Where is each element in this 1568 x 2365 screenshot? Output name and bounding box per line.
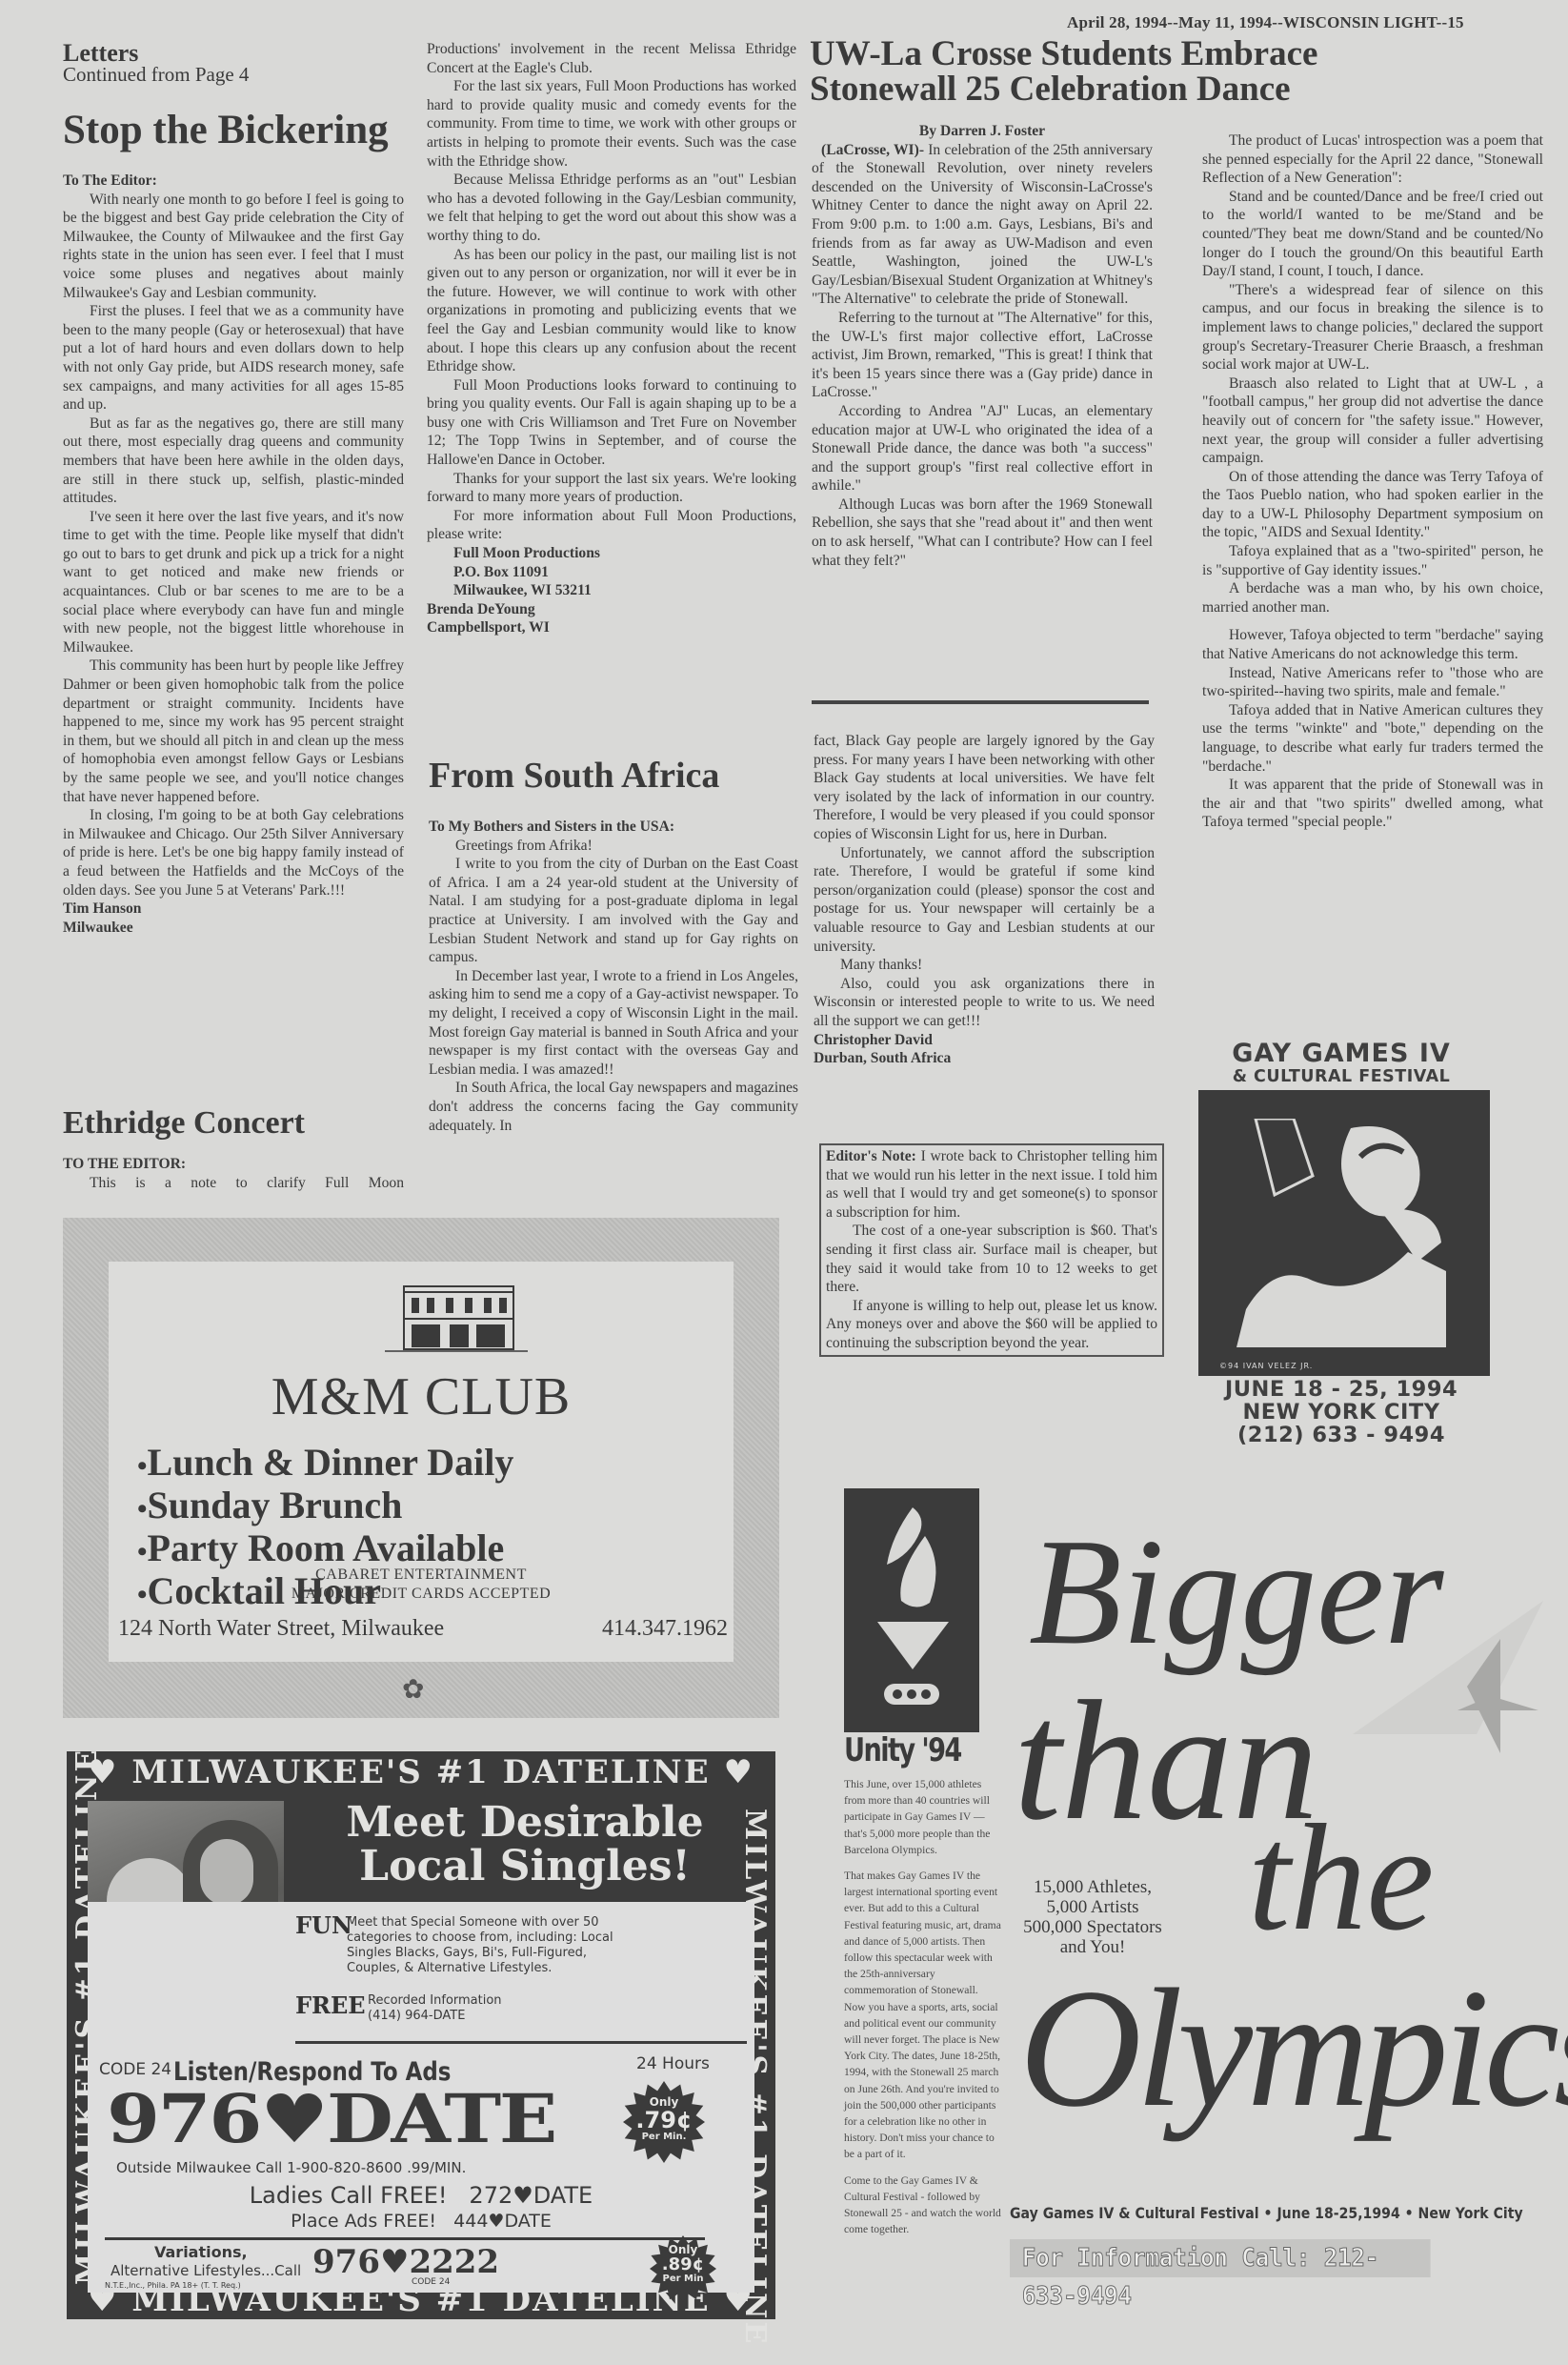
paragraph: Full Moon Productions looks forward to c… [427,376,796,470]
paragraph: It was apparent that the pride of Stonew… [1202,776,1543,832]
paragraph: If anyone is willing to help out, please… [826,1297,1157,1353]
paragraph: With nearly one month to go before I fee… [63,191,404,303]
feature-item: Party Room Available [137,1528,513,1571]
price-starburst-2: Only .89¢ Per Min [650,2235,716,2302]
tennis-player-icon [1236,1119,1446,1347]
paragraph: That makes Gay Games IV the largest inte… [844,1868,1001,2163]
ad-info-panel: FUN Meet that Special Someone with over … [88,1902,754,2293]
bigger-than-olympics-ad: Bigger than the Olympics. 15,000 Athlete… [1010,1486,1568,2363]
paragraph: For more information about Full Moon Pro… [427,507,796,544]
paragraph: First the pluses. I feel that we as a co… [63,302,404,414]
torch-logo [844,1488,979,1732]
paragraph: Also, could you ask organizations there … [814,975,1155,1031]
paragraph: The product of Lucas' introspection was … [1202,131,1543,188]
phone-976-date: 976♥DATE [107,2079,555,2158]
leaf-icon: ✿ [402,1673,424,1706]
phone-976-2222: 976♥2222 [312,2243,499,2281]
headline-stop-the-bickering: Stop the Bickering [63,107,389,153]
code-label-2: CODE 24 [412,2277,450,2287]
paragraph: In closing, I'm going to be at both Gay … [63,806,404,900]
paragraph: Braasch also related to Light that at UW… [1202,374,1543,468]
paragraph: On of those attending the dance was Terr… [1202,468,1543,542]
signature-city: Campbellsport, WI [427,618,796,637]
info-phone-banner: For Information Call: 212-633-9494 [1010,2239,1431,2277]
outside-milwaukee: Outside Milwaukee Call 1-900-820-8600 .9… [116,2159,466,2176]
section-label: Letters Continued from Page 4 [63,42,249,84]
section-subtitle: Continued from Page 4 [63,65,249,84]
credit-cards-line: MAJOR CREDIT CARDS ACCEPTED [109,1586,734,1603]
ladies-call: Ladies Call FREE! 272♥DATE [88,2182,754,2209]
paragraph: fact, Black Gay people are largely ignor… [814,732,1155,844]
code-label: CODE 24 [99,2060,171,2079]
paragraph: However, Tafoya objected to term "berdac… [1202,626,1543,663]
headline-line: Meet Desirable [293,1801,756,1845]
headline-ethridge-concert: Ethridge Concert [63,1105,305,1142]
divider-rule [105,2237,705,2240]
paragraph: Tafoya added that in Native American cul… [1202,701,1543,776]
page-header: April 28, 1994--May 11, 1994--WISCONSIN … [1067,13,1464,32]
alt-lifestyles: Alternative Lifestyles...Call [111,2262,301,2279]
divider-rule [295,2041,747,2044]
article-body-col1: By Darren J. Foster (LaCrosse, WI)- In c… [812,122,1153,570]
paragraph: Come to the Gay Games IV & Cultural Fest… [844,2173,1001,2238]
byline: By Darren J. Foster [812,122,1153,141]
letter-south-africa-continued: fact, Black Gay people are largely ignor… [814,732,1155,1068]
club-phone: 414.347.1962 [602,1616,728,1642]
place-ads: Place Ads FREE! 444♥DATE [88,2211,754,2232]
torch-flame-icon [844,1488,979,1732]
address-line: P.O. Box 11091 [427,563,796,582]
ad-subtitle: & CULTURAL FESTIVAL [1198,1067,1484,1086]
paragraph: But as far as the negatives go, there ar… [63,414,404,508]
paragraph: "There's a widespread fear of silence on… [1202,281,1543,374]
letter-ethridge-opening: TO THE EDITOR: This is a note to clarify… [63,1155,404,1192]
paragraph: Thanks for your support the last six yea… [427,470,796,507]
top-banner: ♥ MILWAUKEE'S #1 DATELINE ♥ [67,1753,775,1791]
headline-from-south-africa: From South Africa [429,755,719,797]
paragraph: As has been our policy in the past, our … [427,246,796,376]
letter-salutation: To My Bothers and Sisters in the USA: [429,818,798,837]
signature-name: Christopher David [814,1031,1155,1050]
free-text: Recorded Information (414) 964-DATE [368,1993,502,2024]
word-olympics: Olympics. [1019,1963,1568,2133]
paragraph: The cost of a one-year subscription is $… [826,1222,1157,1296]
headline-uw-la-crosse: UW-La Crosse Students Embrace Stonewall … [810,36,1553,107]
ad-city: NEW YORK CITY [1198,1401,1484,1424]
paragraph: Referring to the turnout at "The Alterna… [812,309,1153,402]
paragraph: This is a note to clarify Full Moon [63,1174,404,1193]
paragraph: In December last year, I wrote to a frie… [429,967,798,1080]
poem: Stand and be counted/Dance and be free/I… [1202,188,1543,281]
ad-phone: (212) 633 - 9494 [1198,1424,1484,1446]
gay-games-poster-ad: GAY GAMES IV & CULTURAL FESTIVAL ©94 IVA… [1198,1041,1484,1446]
signature-name: Tim Hanson [63,900,404,919]
paragraph: According to Andrea "AJ" Lucas, an eleme… [812,402,1153,495]
athlete-illustration: ©94 IVAN VELEZ JR. [1198,1090,1490,1376]
word-the: the [1248,1801,1434,1953]
paragraph: This community has been hurt by people l… [63,657,404,806]
fun-text: Meet that Special Someone with over 50 c… [347,1915,633,1976]
paragraph: Greetings from Afrika! [429,837,798,856]
letter-south-africa-body: To My Bothers and Sisters in the USA: Gr… [429,818,798,1135]
section-title: Letters [63,42,249,65]
editors-note-label: Editor's Note: [826,1148,916,1164]
banner-text: MILWAUKEE'S #1 DATELINE [131,1753,710,1791]
letter-ethridge-continued: Productions' involvement in the recent M… [427,40,796,637]
signature-city: Durban, South Africa [814,1049,1155,1068]
fine-print: N.T.E.,Inc., Phila. PA 18+ (T. T. Req.) [105,2281,241,2290]
ad-dates: JUNE 18 - 25, 1994 [1198,1378,1484,1401]
fun-label: FUN [295,1911,352,1939]
headline-line: Local Singles! [293,1845,756,1889]
olympics-footer: Gay Games IV & Cultural Festival • June … [1010,2204,1501,2222]
stats-block: 15,000 Athletes, 5,000 Artists 500,000 S… [1021,1877,1164,1957]
dateline: (LaCrosse, WI)- [821,142,924,158]
unity-body: This June, over 15,000 athletes from mor… [844,1776,1001,2237]
paragraph: Productions' involvement in the recent M… [427,40,796,77]
paragraph: Many thanks! [814,956,1155,975]
paragraph: Tafoya explained that as a "two-spirited… [1202,542,1543,579]
headline-line: Stonewall 25 Celebration Dance [810,71,1553,107]
address-row: 124 North Water Street, Milwaukee 414.34… [118,1616,728,1642]
unity-94-title: Unity '94 [844,1732,986,1769]
ad-inner-panel: M&M CLUB Lunch & Dinner Daily Sunday Bru… [109,1262,734,1662]
headline-line: UW-La Crosse Students Embrace [810,36,1553,71]
singles-headline: Meet Desirable Local Singles! [293,1801,756,1889]
hours-label: 24 Hours [636,2054,710,2073]
club-address: 124 North Water Street, Milwaukee [118,1616,444,1642]
address-line: Full Moon Productions [427,544,796,563]
dateline-ad: ♥ MILWAUKEE'S #1 DATELINE ♥ ♥ MILWAUKEE'… [67,1751,775,2319]
letter-salutation: To The Editor: [63,172,404,191]
paragraph: I write to you from the city of Durban o… [429,855,798,967]
signature-name: Brenda DeYoung [427,600,796,619]
price-starburst: Only .79¢ Per Min. [623,2081,705,2163]
letter-salutation: TO THE EDITOR: [63,1155,404,1174]
club-name: M&M CLUB [109,1366,734,1427]
unity-94-ad: Unity '94 This June, over 15,000 athlete… [844,1488,1021,2247]
word-bigger: Bigger [1029,1515,1443,1668]
divider-rule [812,700,1149,704]
paragraph: Although Lucas was born after the 1969 S… [812,495,1153,570]
paragraph: For the last six years, Full Moon Produc… [427,77,796,171]
building-icon [385,1279,528,1355]
free-label: FREE [295,1991,366,2019]
editors-note-box: Editor's Note: I wrote back to Christoph… [819,1143,1164,1357]
cabaret-line: CABARET ENTERTAINMENT [109,1567,734,1584]
paragraph: Unfortunately, we cannot afford the subs… [814,844,1155,957]
paragraph: In South Africa, the local Gay newspaper… [429,1079,798,1135]
address-line: Milwaukee, WI 53211 [427,581,796,600]
feature-item: Sunday Brunch [137,1486,513,1528]
paragraph: In celebration of the 25th anniversary o… [812,142,1153,308]
ad-title: GAY GAMES IV [1198,1041,1484,1067]
paragraph: Because Melissa Ethridge performs as an … [427,171,796,245]
paragraph: This June, over 15,000 athletes from mor… [844,1776,1001,1858]
mm-club-ad: M&M CLUB Lunch & Dinner Daily Sunday Bru… [63,1218,779,1718]
letter-bickering-body: To The Editor: With nearly one month to … [63,172,404,937]
paragraph: Instead, Native Americans refer to "thos… [1202,664,1543,701]
signature-city: Milwaukee [63,919,404,938]
feature-item: Lunch & Dinner Daily [137,1443,513,1486]
variations-label: Variations, [154,2243,248,2261]
article-body-col2: The product of Lucas' introspection was … [1202,131,1543,832]
paragraph: I've seen it here over the last five yea… [63,508,404,657]
art-credit: ©94 IVAN VELEZ JR. [1219,1362,1313,1370]
paragraph: A berdache was a man who, by his own cho… [1202,579,1543,617]
